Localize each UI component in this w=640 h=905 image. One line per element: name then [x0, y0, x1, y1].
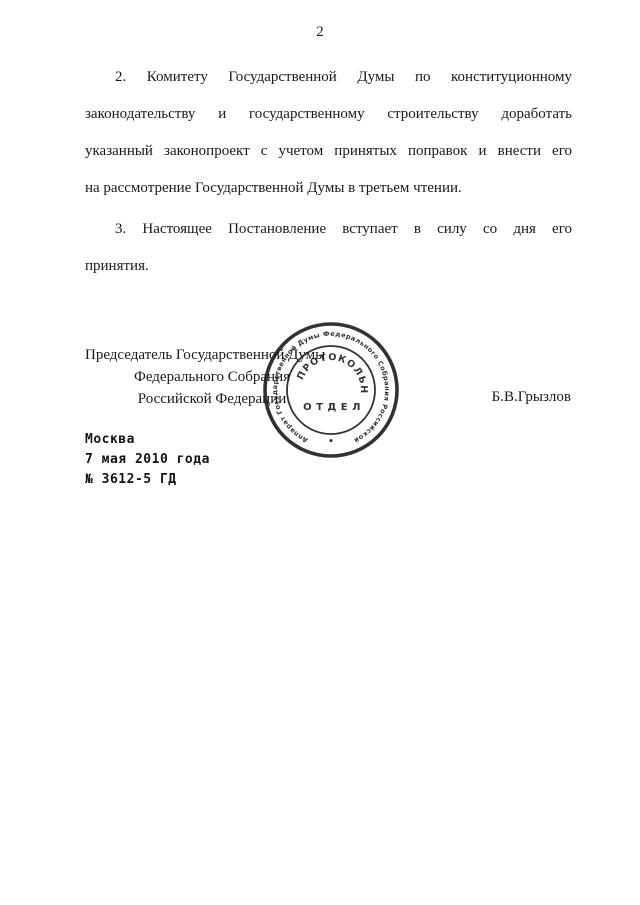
paragraph-3-line-2: принятия.: [85, 248, 572, 285]
footer-doc-number: № 3612-5 ГД: [85, 470, 210, 490]
document-page: 2 2. Комитету Государственной Думы по ко…: [0, 0, 640, 905]
paragraph-2-line-2: законодательству и государственному стро…: [85, 96, 572, 133]
footer-date: 7 мая 2010 года: [85, 450, 210, 470]
page-number: 2: [0, 24, 640, 41]
paragraph-2-line-1: 2. Комитету Государственной Думы по конс…: [85, 59, 572, 96]
stamp-svg: Аппарат Государственной Думы Федеральног…: [258, 317, 404, 463]
stamp-otdel-text: ОТДЕЛ: [303, 402, 365, 413]
paragraph-3-line-1: 3. Настоящее Постановление вступает в си…: [85, 211, 572, 248]
paragraph-2-line-3: указанный законопроект с учетом принятых…: [85, 133, 572, 170]
document-body: 2. Комитету Государственной Думы по конс…: [85, 59, 572, 285]
stamp-separator-dot: •: [328, 437, 334, 447]
paragraph-2-line-4: на рассмотрение Государственной Думы в т…: [85, 170, 572, 207]
footer-block: Москва 7 мая 2010 года № 3612-5 ГД: [85, 430, 210, 490]
signatory-name: Б.В.Грызлов: [492, 389, 571, 406]
protocol-department-stamp-icon: Аппарат Государственной Думы Федеральног…: [258, 317, 404, 463]
footer-city: Москва: [85, 430, 210, 450]
